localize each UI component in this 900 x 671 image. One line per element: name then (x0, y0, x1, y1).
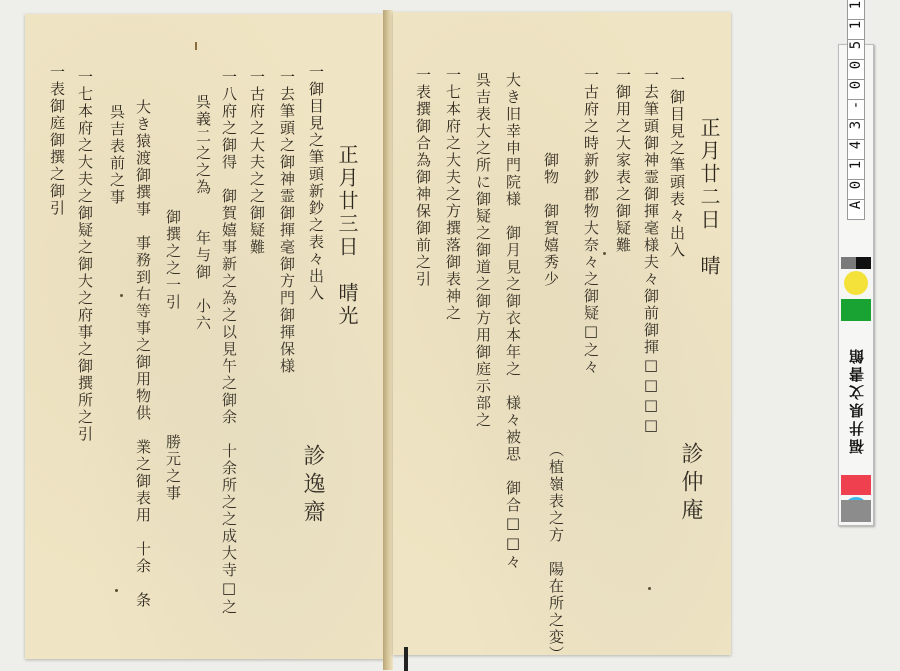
book-gutter (383, 10, 393, 670)
ink-dot (603, 252, 606, 255)
left-col-entry: 一八府之御得 御賀嬉事新之為之以見午之御余 十余所之之成大寺□之 (221, 69, 236, 616)
right-col-entry: 呉吉表大之所に御疑之御道之御方用御庭示部之 (475, 72, 490, 429)
right-col-entry: 一去筆頭御神霊御揮毫様夫々御前御揮□□□□ (643, 67, 658, 436)
left-col-entry: 呉義二之之為 年与御 小六 (195, 94, 210, 332)
spine-shadow (404, 647, 408, 671)
left-col-entry: 一御目見之筆頭新鈔之表々出入 (308, 64, 323, 302)
right-col-entry: 一表撰御合為御神保御前之引 (415, 67, 430, 288)
left-col-signature: 勝元之事 (165, 434, 180, 502)
institution-name: 福井県文書館 (841, 335, 871, 465)
swatch-green (841, 299, 871, 321)
right-signature: 診仲庵 (679, 442, 701, 526)
swatch-yellow-circle (844, 271, 868, 295)
archive-label-strip: A 0 1 4 3 - 0 0 5 1 1 福井県文書館 (838, 44, 874, 526)
right-col-entry: 一御用之大家表之御疑難 (615, 67, 630, 254)
swatch-gray (841, 257, 856, 269)
left-col-entry: 一古府之大夫之之御疑難 (249, 69, 264, 256)
left-col-entry: 一去筆頭之御神霊御揮毫御方門御揮保様 (279, 69, 294, 375)
left-col-entry: 一七本府之大夫之御疑之御大之府事之御撰所之引 (77, 69, 92, 443)
left-signature: 診逸齋 (301, 444, 323, 528)
catalog-number: A 0 1 4 3 - 0 0 5 1 1 (842, 47, 870, 215)
ink-dot (120, 294, 123, 297)
left-col-entry: 御撰之之一引 (165, 209, 180, 311)
left-col-entry: 一表御庭御撰之御引 (49, 64, 64, 217)
left-col-entry: 呉吉表前之事 (109, 104, 124, 206)
left-date-header: 正月廿三日 晴光 (337, 144, 357, 328)
binding-mark (195, 42, 197, 50)
ink-dot (648, 587, 651, 590)
swatch-black (856, 257, 871, 269)
right-col-entry: 一古府之時新鈔郡物大奈々之御疑□之々 (583, 67, 598, 376)
right-manuscript-page: 一表撰御合為御神保御前之引 一七本府之大夫之方撰落御表神之 呉吉表大之所に御疑之… (393, 12, 731, 655)
swatch-gray-bottom (841, 500, 871, 522)
swatch-red (841, 475, 871, 495)
right-col-entry: 大き旧幸申門院様 御月見之御衣本年之 様々被思 御合□□々 (505, 72, 520, 571)
right-col-entry: 一御目見之筆頭表々出入 (669, 72, 684, 259)
right-col-entry: 御物 御賀嬉秀少 (543, 152, 558, 288)
ink-dot (115, 589, 118, 592)
right-date-header: 正月廿二日 晴 (699, 117, 719, 278)
catalog-char: 1 (847, 0, 865, 20)
left-col-entry: 大き猿渡御撰事 事務到右等事之御用物供 業之御表用 十余 条 (135, 99, 150, 609)
right-col-note: （植嶺表之方 陽在所之変） (548, 442, 563, 663)
left-manuscript-page: 一表御庭御撰之御引 一七本府之大夫之御疑之御大之府事之御撰所之引 呉吉表前之事 … (25, 14, 385, 659)
right-col-entry: 一七本府之大夫之方撰落御表神之 (445, 67, 460, 322)
